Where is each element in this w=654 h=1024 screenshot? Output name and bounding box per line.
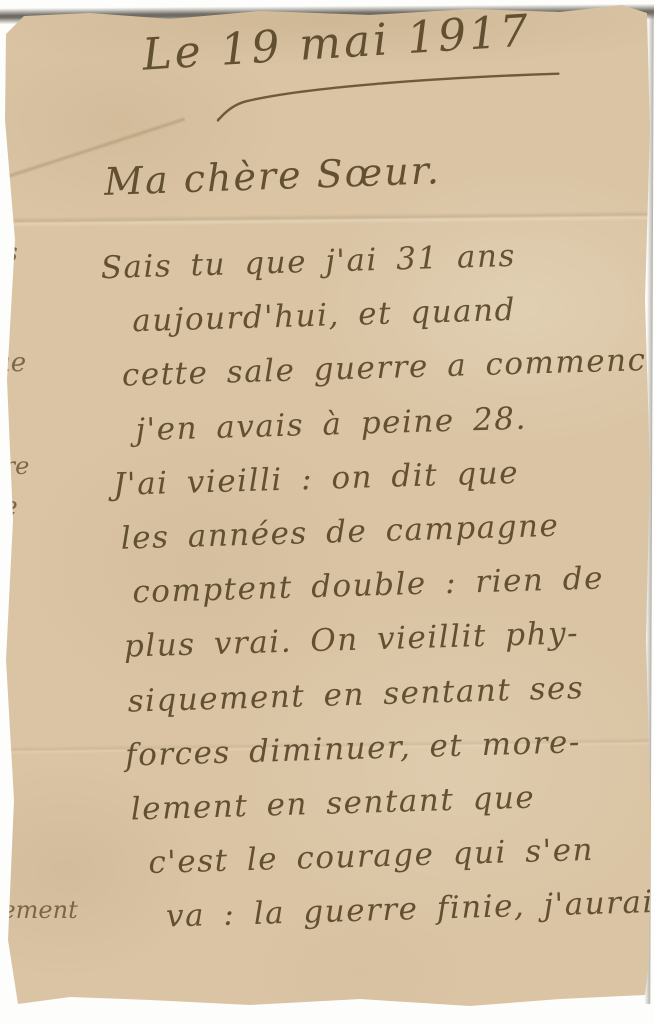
left-edge-ink-fragment: e	[0, 578, 7, 603]
left-edge-ink-fragment: è	[0, 552, 7, 577]
letter-paper: Le 19 mai 1917 Ma chère Sœur. Sais tu qu…	[0, 0, 654, 1024]
horizontal-crease	[0, 211, 654, 228]
letter-scan: Le 19 mai 1917 Ma chère Sœur. Sais tu qu…	[0, 0, 654, 1024]
left-edge-ink-fragment: tre	[0, 452, 29, 480]
left-edge-ink-fragment: e	[0, 620, 8, 648]
left-edge-ink-fragment: nement	[0, 896, 78, 924]
left-edge-ink-fragment: ue	[0, 348, 26, 378]
letter-body: Sais tu que j'ai 31 ans aujourd'hui, et …	[0, 226, 641, 949]
left-edge-ink-fragment: ts	[0, 238, 18, 268]
left-edge-ink-fragment: e	[0, 940, 7, 965]
salutation: Ma chère Sœur.	[103, 148, 441, 204]
left-edge-ink-fragment: le	[0, 492, 18, 522]
